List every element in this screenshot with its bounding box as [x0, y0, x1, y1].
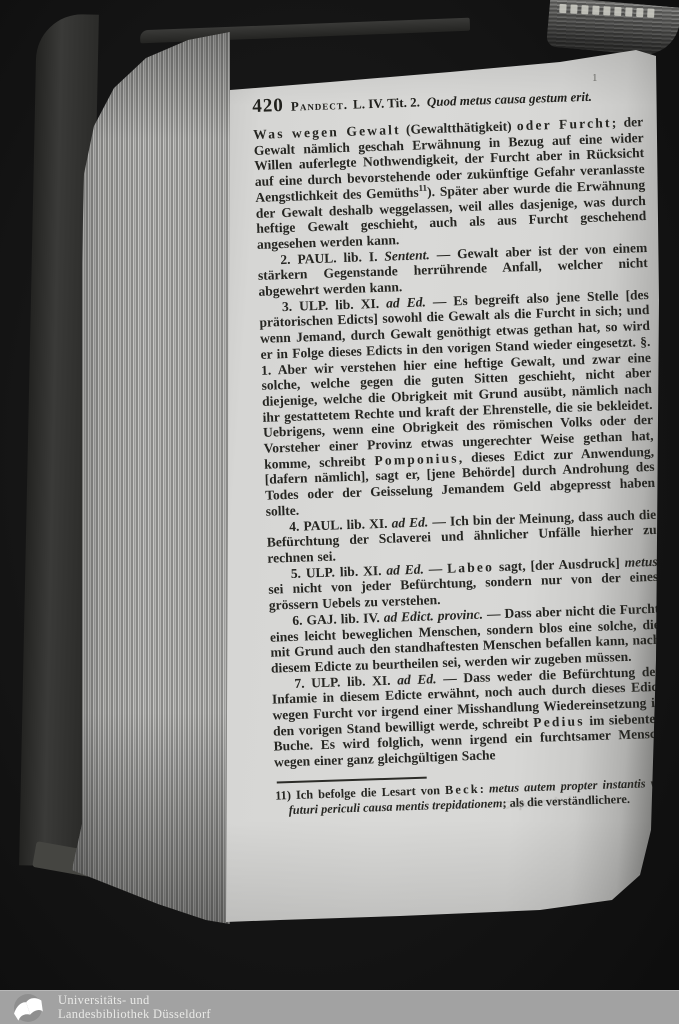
- text-segment: Labeo: [447, 559, 494, 576]
- footnote-separator: [277, 776, 427, 783]
- watermark-banner: Universitäts- und Landesbibliothek Düsse…: [0, 990, 679, 1024]
- text-segment: Beck: [445, 782, 480, 797]
- edge-stamp: [559, 4, 654, 18]
- text-segment: Pedius: [533, 713, 585, 730]
- text-segment: Sentent.: [384, 247, 430, 263]
- page-number: 420: [252, 95, 284, 117]
- paragraph: 7. ULP. lib. XI. ad Ed. — Dass weder die…: [271, 663, 664, 770]
- text-segment: :: [480, 781, 490, 795]
- page-header: 420Pandect.L. IV. Tit. 2.Quod metus caus…: [252, 83, 643, 118]
- library-name-line2: Landesbibliothek Düsseldorf: [58, 1007, 211, 1021]
- body-text: Was wegen Gewalt (Gewaltthätigkeit) oder…: [253, 114, 664, 770]
- text-segment: metus: [624, 553, 657, 569]
- work-title: Pandect.: [291, 97, 349, 114]
- corner-mark: 1: [592, 72, 598, 84]
- latin-title: Quod metus causa gestum erit.: [427, 89, 592, 109]
- text-segment: ad Ed.: [397, 671, 437, 687]
- paragraph: 3. ULP. lib. XI. ad Ed. — Es begreift al…: [259, 287, 656, 520]
- text-segment: ad Ed.: [391, 514, 428, 530]
- library-name-line1: Universitäts- und: [58, 993, 150, 1007]
- book-cover-top-edge: [140, 18, 470, 44]
- library-name: Universitäts- und Landesbibliothek Düsse…: [58, 994, 211, 1021]
- text-segment: — Es begreift also jene Stelle [des prät…: [259, 287, 653, 472]
- paragraph: Was wegen Gewalt (Gewaltthätigkeit) oder…: [253, 114, 647, 252]
- section-reference: L. IV. Tit. 2.: [353, 94, 420, 111]
- text-segment: ad Ed.: [386, 561, 424, 577]
- scan-background: 1 420Pandect.L. IV. Tit. 2.Quod metus ca…: [0, 0, 679, 1024]
- text-segment: ad Ed.: [386, 294, 426, 310]
- text-block: 420Pandect.L. IV. Tit. 2.Quod metus caus…: [252, 83, 666, 818]
- text-segment: 11: [418, 183, 427, 193]
- library-logo-icon: [8, 993, 48, 1023]
- book-page: 1 420Pandect.L. IV. Tit. 2.Quod metus ca…: [220, 44, 664, 926]
- book-top-edge: [546, 0, 679, 58]
- text-segment: —: [424, 560, 448, 576]
